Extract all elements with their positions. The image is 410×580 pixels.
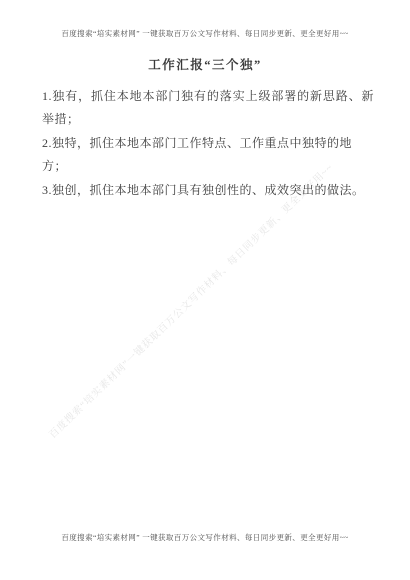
list-item: 1.独有，抓住本地本部门独有的落实上级部署的新思路、新 举措；	[42, 85, 374, 132]
list-item-line: 举措；	[42, 108, 374, 131]
list-item: 2.独特，抓住本地本部门工作特点、工作重点中独特的地方；	[42, 132, 374, 179]
header-banner: 百度搜索“培实素材网” 一键获取百万公文写作材料、每日同步更新、更全更好用~~	[0, 28, 410, 39]
list-item-line: 3.独创，抓住本地本部门具有独创性的、成效突出的做法。	[42, 179, 374, 202]
footer-banner: 百度搜索“培实素材网” 一键获取百万公文写作材料、每日同步更新、更全更好用~~	[0, 532, 410, 543]
document-body: 1.独有，抓住本地本部门独有的落实上级部署的新思路、新 举措； 2.独特，抓住本…	[42, 85, 374, 202]
page-title: 工作汇报“三个独”	[0, 55, 410, 73]
list-item-line: 2.独特，抓住本地本部门工作特点、工作重点中独特的地方；	[42, 132, 374, 179]
document-page: 百度搜索“培实素材网” 一键获取百万公文写作材料、每日同步更新、更全更好用~~ …	[0, 0, 410, 580]
list-item: 3.独创，抓住本地本部门具有独创性的、成效突出的做法。	[42, 179, 374, 202]
list-item-line: 1.独有，抓住本地本部门独有的落实上级部署的新思路、新	[42, 85, 374, 108]
